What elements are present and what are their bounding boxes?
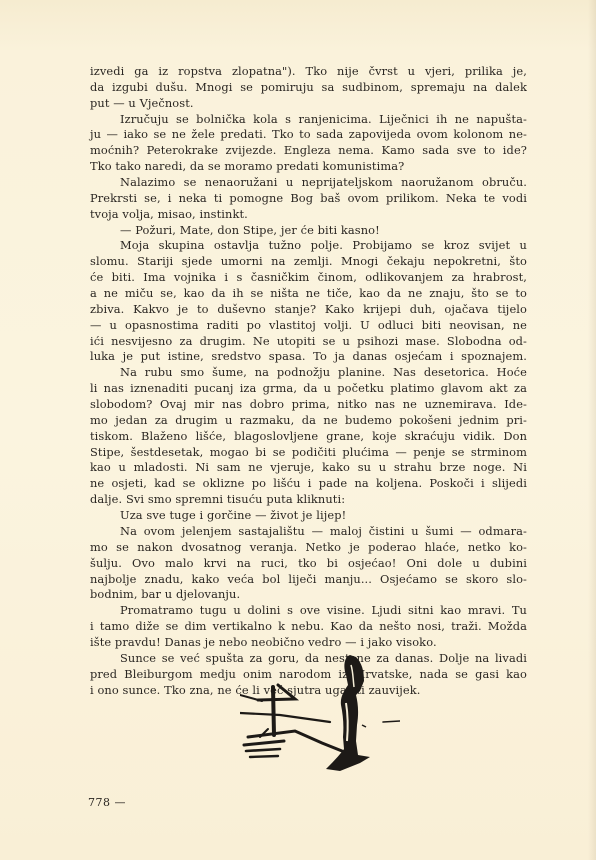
text-line: ne osjeti, kad se oklizne po lišću i pad… bbox=[90, 476, 527, 492]
text-line: i tamo diže se dim vertikalno k nebu. Ka… bbox=[90, 619, 527, 635]
text-line: mo se nakon dvosatnog veranja. Netko je … bbox=[90, 540, 527, 556]
text-line: kao u mladosti. Ni sam ne vjeruje, kako … bbox=[90, 460, 527, 476]
text-line: izvedi ga iz ropstva zlopatna"). Tko nij… bbox=[90, 64, 527, 80]
text-line: Moja skupina ostavlja tužno polje. Probi… bbox=[90, 238, 527, 254]
body-text: izvedi ga iz ropstva zlopatna"). Tko nij… bbox=[90, 64, 527, 698]
text-line: put — u Vječnost. bbox=[90, 96, 527, 112]
text-line: slomu. Stariji sjede umorni na zemlji. M… bbox=[90, 254, 527, 270]
text-line: Na ovom jelenjem sastajalištu — maloj či… bbox=[90, 524, 527, 540]
text-line: najbolje znadu, kako veća bol liječi man… bbox=[90, 572, 527, 588]
text-line: zbiva. Kakvo je to duševno stanje? Kako … bbox=[90, 302, 527, 318]
text-line: Tko tako naredi, da se moramo predati ko… bbox=[90, 159, 527, 175]
text-line: ju — iako se ne žele predati. Tko to sad… bbox=[90, 127, 527, 143]
text-line: Izručuju se bolnička kola s ranjenicima.… bbox=[90, 112, 527, 128]
text-line: Promatramo tugu u dolini s ove visine. L… bbox=[90, 603, 527, 619]
text-line: šulju. Ovo malo krvi na ruci, tko bi osj… bbox=[90, 556, 527, 572]
text-line: li nas iznenaditi pucanj iza grma, da u … bbox=[90, 381, 527, 397]
text-line: Na rubu smo šume, na podnožju planine. N… bbox=[90, 365, 527, 381]
text-line: Prekrsti se, i neka ti pomogne Bog baš o… bbox=[90, 191, 527, 207]
text-line: Stipe, šestdesetak, mogao bi se podičiti… bbox=[90, 445, 527, 461]
text-line: mo jedan za drugim u razmaku, da ne bude… bbox=[90, 413, 527, 429]
text-line: da izgubi dušu. Mnogi se pomiruju sa sud… bbox=[90, 80, 527, 96]
sketch-illustration-icon bbox=[240, 645, 400, 775]
text-line: tiskom. Blaženo lišće, blagoslovljene gr… bbox=[90, 429, 527, 445]
text-line: tvoja volja, misao, instinkt. bbox=[90, 207, 527, 223]
text-line: Uza sve tuge i gorčine — život je lijep! bbox=[90, 508, 527, 524]
page-number: 778 — bbox=[88, 796, 126, 809]
text-line: slobodom? Ovaj mir nas dobro prima, nitk… bbox=[90, 397, 527, 413]
text-line: luka je put istine, sredstvo spasa. To j… bbox=[90, 349, 527, 365]
text-line: moćnih? Peterokrake zvijezde. Engleza ne… bbox=[90, 143, 527, 159]
book-page: izvedi ga iz ropstva zlopatna"). Tko nij… bbox=[0, 0, 596, 860]
text-line: Nalazimo se nenaoružani u neprijateljsko… bbox=[90, 175, 527, 191]
text-line: će biti. Ima vojnika i s časničkim činom… bbox=[90, 270, 527, 286]
text-line: dalje. Svi smo spremni tisuću puta klikn… bbox=[90, 492, 527, 508]
text-line: — u opasnostima raditi po vlastitoj volj… bbox=[90, 318, 527, 334]
text-line: ići nesvijesno za drugim. Ne utopiti se … bbox=[90, 334, 527, 350]
text-line: bodnim, bar u djelovanju. bbox=[90, 587, 527, 603]
text-line: — Požuri, Mate, don Stipe, jer će biti k… bbox=[90, 223, 527, 239]
text-line: a ne miču se, kao da ih se ništa ne tiče… bbox=[90, 286, 527, 302]
